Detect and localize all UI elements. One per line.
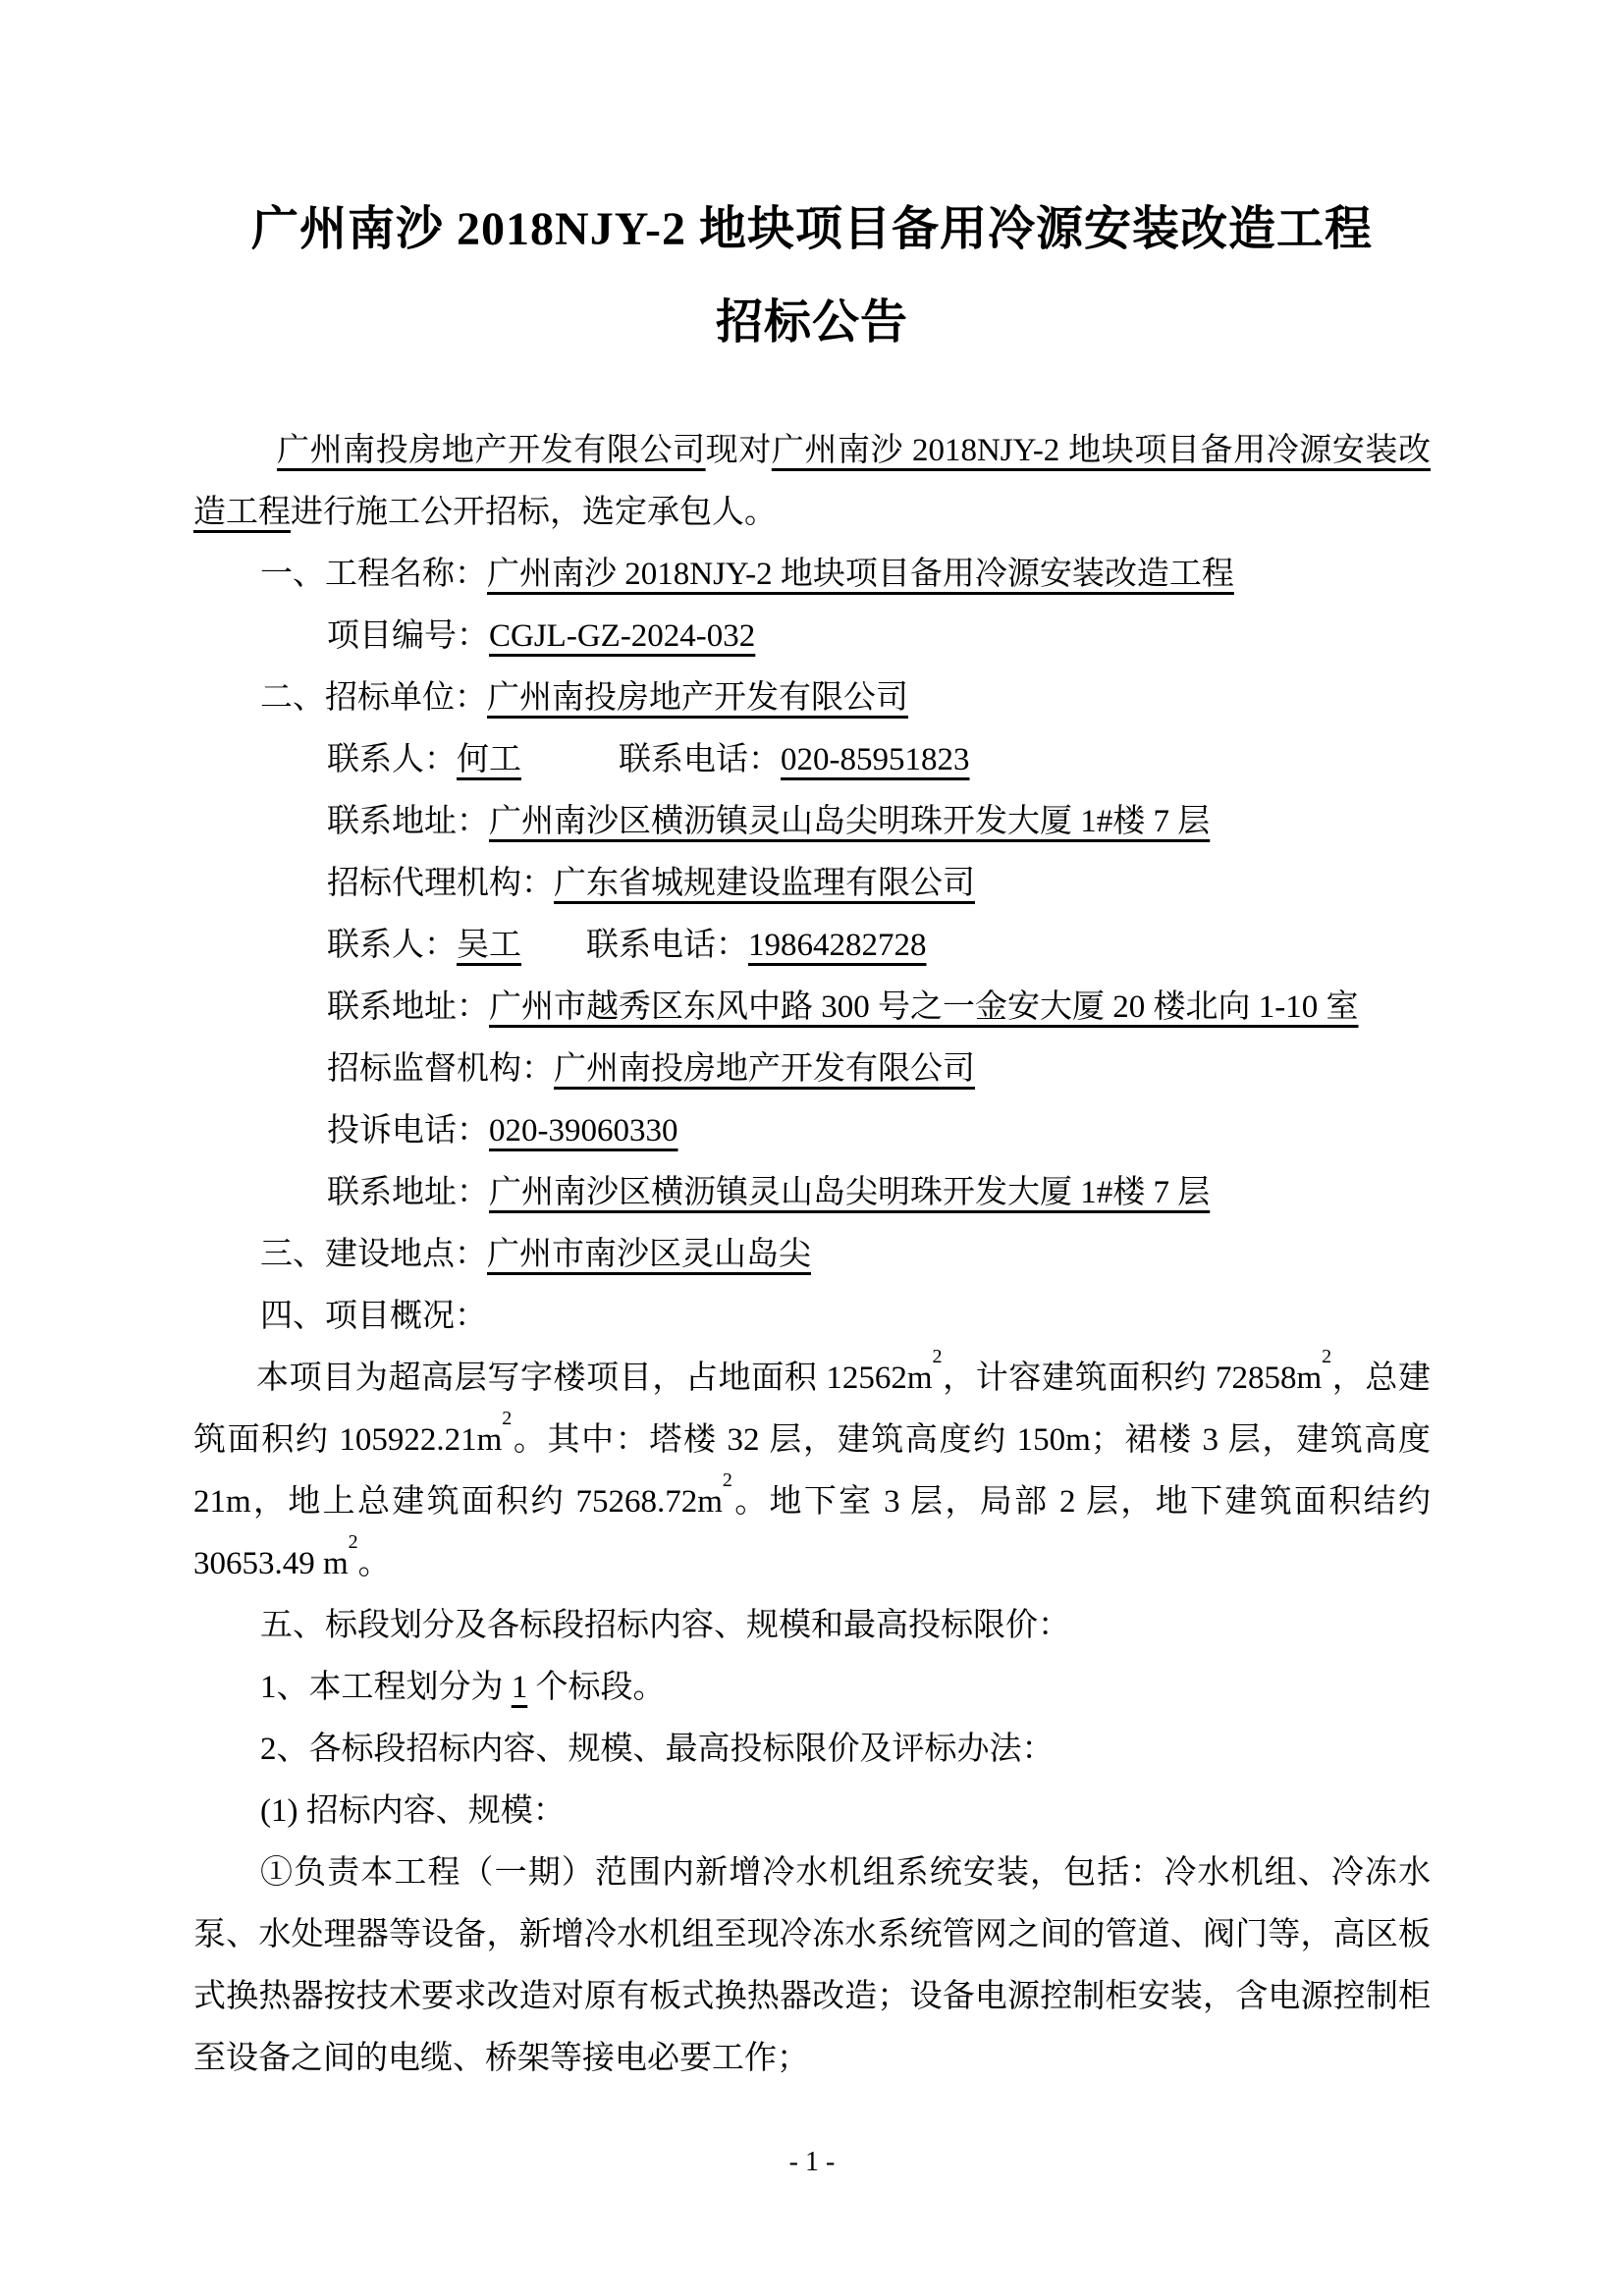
paragraph-3: 项目编号：CGJL-GZ-2024-032 (193, 606, 1431, 667)
paragraph-10: 招标监督机构：广州南投房地产开发有限公司 (193, 1039, 1431, 1100)
document-content: 广州南沙 2018NJY-2 地块项目备用冷源安装改造工程 招标公告 广州南投房… (193, 183, 1431, 2090)
superscript: 2 (933, 1346, 943, 1367)
text-run: 三、建设地点： (260, 1237, 487, 1272)
paragraph-19: (1) 招标内容、规模： (193, 1781, 1431, 1842)
paragraph-18: 2、各标段招标内容、规模、最高投标限价及评标办法： (193, 1719, 1431, 1781)
paragraph-14: 四、项目概况： (193, 1286, 1431, 1348)
underlined-text: 广东省城规建设监理有限公司 (554, 866, 975, 901)
text-run: 招标代理机构： (327, 866, 554, 901)
underlined-text: 020-85951823 (781, 742, 970, 777)
text-run: 二、招标单位： (260, 680, 487, 716)
text-run: 。 (358, 1546, 391, 1581)
superscript: 2 (1322, 1346, 1331, 1367)
underlined-text: 广州市越秀区东风中路 300 号之一金安大厦 20 楼北向 1-10 室 (489, 989, 1359, 1025)
text-run: 现对 (706, 433, 772, 468)
document-title: 广州南沙 2018NJY-2 地块项目备用冷源安装改造工程 (193, 183, 1431, 276)
underlined-text: 广州南投房地产开发有限公司 (277, 433, 706, 468)
text-run: 投诉电话： (327, 1113, 489, 1148)
paragraph-9: 联系地址：广州市越秀区东风中路 300 号之一金安大厦 20 楼北向 1-10 … (193, 977, 1431, 1039)
text-run: 联系电话： (521, 742, 781, 777)
text-run: ①负责本工程（一期）范围内新增冷水机组系统安装，包括：冷水机组、冷冻水泵、水处理… (193, 1855, 1431, 2076)
text-run: (1) 招标内容、规模： (260, 1793, 566, 1829)
underlined-text: 1 (512, 1670, 528, 1705)
underlined-text: 广州南投房地产开发有限公司 (487, 680, 908, 716)
paragraph-12: 联系地址：广州南沙区横沥镇灵山岛尖明珠开发大厦 1#楼 7 层 (193, 1162, 1431, 1224)
underlined-text: 广州南沙 2018NJY-2 地块项目备用冷源安装改造工程 (487, 557, 1234, 592)
text-run: 联系电话： (521, 928, 748, 963)
text-run: 一、工程名称： (260, 557, 487, 592)
underlined-text: 何工 (457, 742, 521, 777)
text-run: 进行施工公开招标，选定承包人。 (291, 495, 777, 530)
paragraph-13: 三、建设地点：广州市南沙区灵山岛尖 (193, 1224, 1431, 1286)
paragraph-20: ①负责本工程（一期）范围内新增冷水机组系统安装，包括：冷水机组、冷冻水泵、水处理… (193, 1842, 1431, 2090)
text-run: 联系人： (327, 928, 457, 963)
superscript: 2 (723, 1469, 732, 1491)
text-run: 联系地址： (327, 1175, 489, 1210)
underlined-text: 广州南沙区横沥镇灵山岛尖明珠开发大厦 1#楼 7 层 (489, 804, 1210, 839)
title-block: 广州南沙 2018NJY-2 地块项目备用冷源安装改造工程 招标公告 (193, 183, 1431, 369)
paragraph-2: 一、工程名称：广州南沙 2018NJY-2 地块项目备用冷源安装改造工程 (193, 544, 1431, 606)
superscript: 2 (349, 1531, 358, 1553)
paragraph-16: 五、标段划分及各标段招标内容、规模和最高投标限价： (193, 1595, 1431, 1657)
paragraph-15: 本项目为超高层写字楼项目，占地面积 12562m2，计容建筑面积约 72858m… (193, 1348, 1431, 1595)
document-body: 广州南投房地产开发有限公司现对广州南沙 2018NJY-2 地块项目备用冷源安装… (193, 420, 1431, 2090)
text-run: 四、项目概况： (260, 1299, 487, 1334)
underlined-text: 广州南投房地产开发有限公司 (554, 1051, 975, 1087)
text-run: ，计容建筑面积约 72858m (943, 1361, 1323, 1396)
text-run: 联系地址： (327, 989, 489, 1025)
text-run: 项目编号： (327, 618, 489, 654)
text-run: 招标监督机构： (327, 1051, 554, 1087)
text-run: 2、各标段招标内容、规模、最高投标限价及评标办法： (260, 1732, 1055, 1767)
underlined-text: 广州市南沙区灵山岛尖 (487, 1237, 811, 1272)
paragraph-4: 二、招标单位：广州南投房地产开发有限公司 (193, 667, 1431, 729)
superscript: 2 (502, 1408, 512, 1429)
underlined-text: 广州南沙区横沥镇灵山岛尖明珠开发大厦 1#楼 7 层 (489, 1175, 1210, 1210)
text-run: 联系人： (327, 742, 457, 777)
document-page: 广州南沙 2018NJY-2 地块项目备用冷源安装改造工程 招标公告 广州南投房… (0, 0, 1624, 2296)
text-run: 本项目为超高层写字楼项目，占地面积 12562m (256, 1361, 933, 1396)
paragraph-8: 联系人：吴工 联系电话：19864282728 (193, 915, 1431, 977)
page-number: - 1 - (0, 2146, 1624, 2179)
paragraph-17: 1、本工程划分为 1 个标段。 (193, 1657, 1431, 1719)
text-run: 个标段。 (527, 1670, 665, 1705)
text-run: 五、标段划分及各标段招标内容、规模和最高投标限价： (260, 1608, 1070, 1643)
document-subtitle: 招标公告 (193, 276, 1431, 369)
paragraph-7: 招标代理机构：广东省城规建设监理有限公司 (193, 853, 1431, 915)
text-run: 1、本工程划分为 (260, 1670, 512, 1705)
underlined-text: 吴工 (457, 928, 521, 963)
paragraph-1: 广州南投房地产开发有限公司现对广州南沙 2018NJY-2 地块项目备用冷源安装… (193, 420, 1431, 544)
underlined-text: 19864282728 (748, 928, 927, 963)
paragraph-6: 联系地址：广州南沙区横沥镇灵山岛尖明珠开发大厦 1#楼 7 层 (193, 791, 1431, 853)
text-run: 联系地址： (327, 804, 489, 839)
paragraph-5: 联系人：何工 联系电话：020-85951823 (193, 729, 1431, 791)
paragraph-11: 投诉电话：020-39060330 (193, 1100, 1431, 1162)
underlined-text: 020-39060330 (489, 1113, 678, 1148)
underlined-text: CGJL-GZ-2024-032 (489, 618, 755, 654)
